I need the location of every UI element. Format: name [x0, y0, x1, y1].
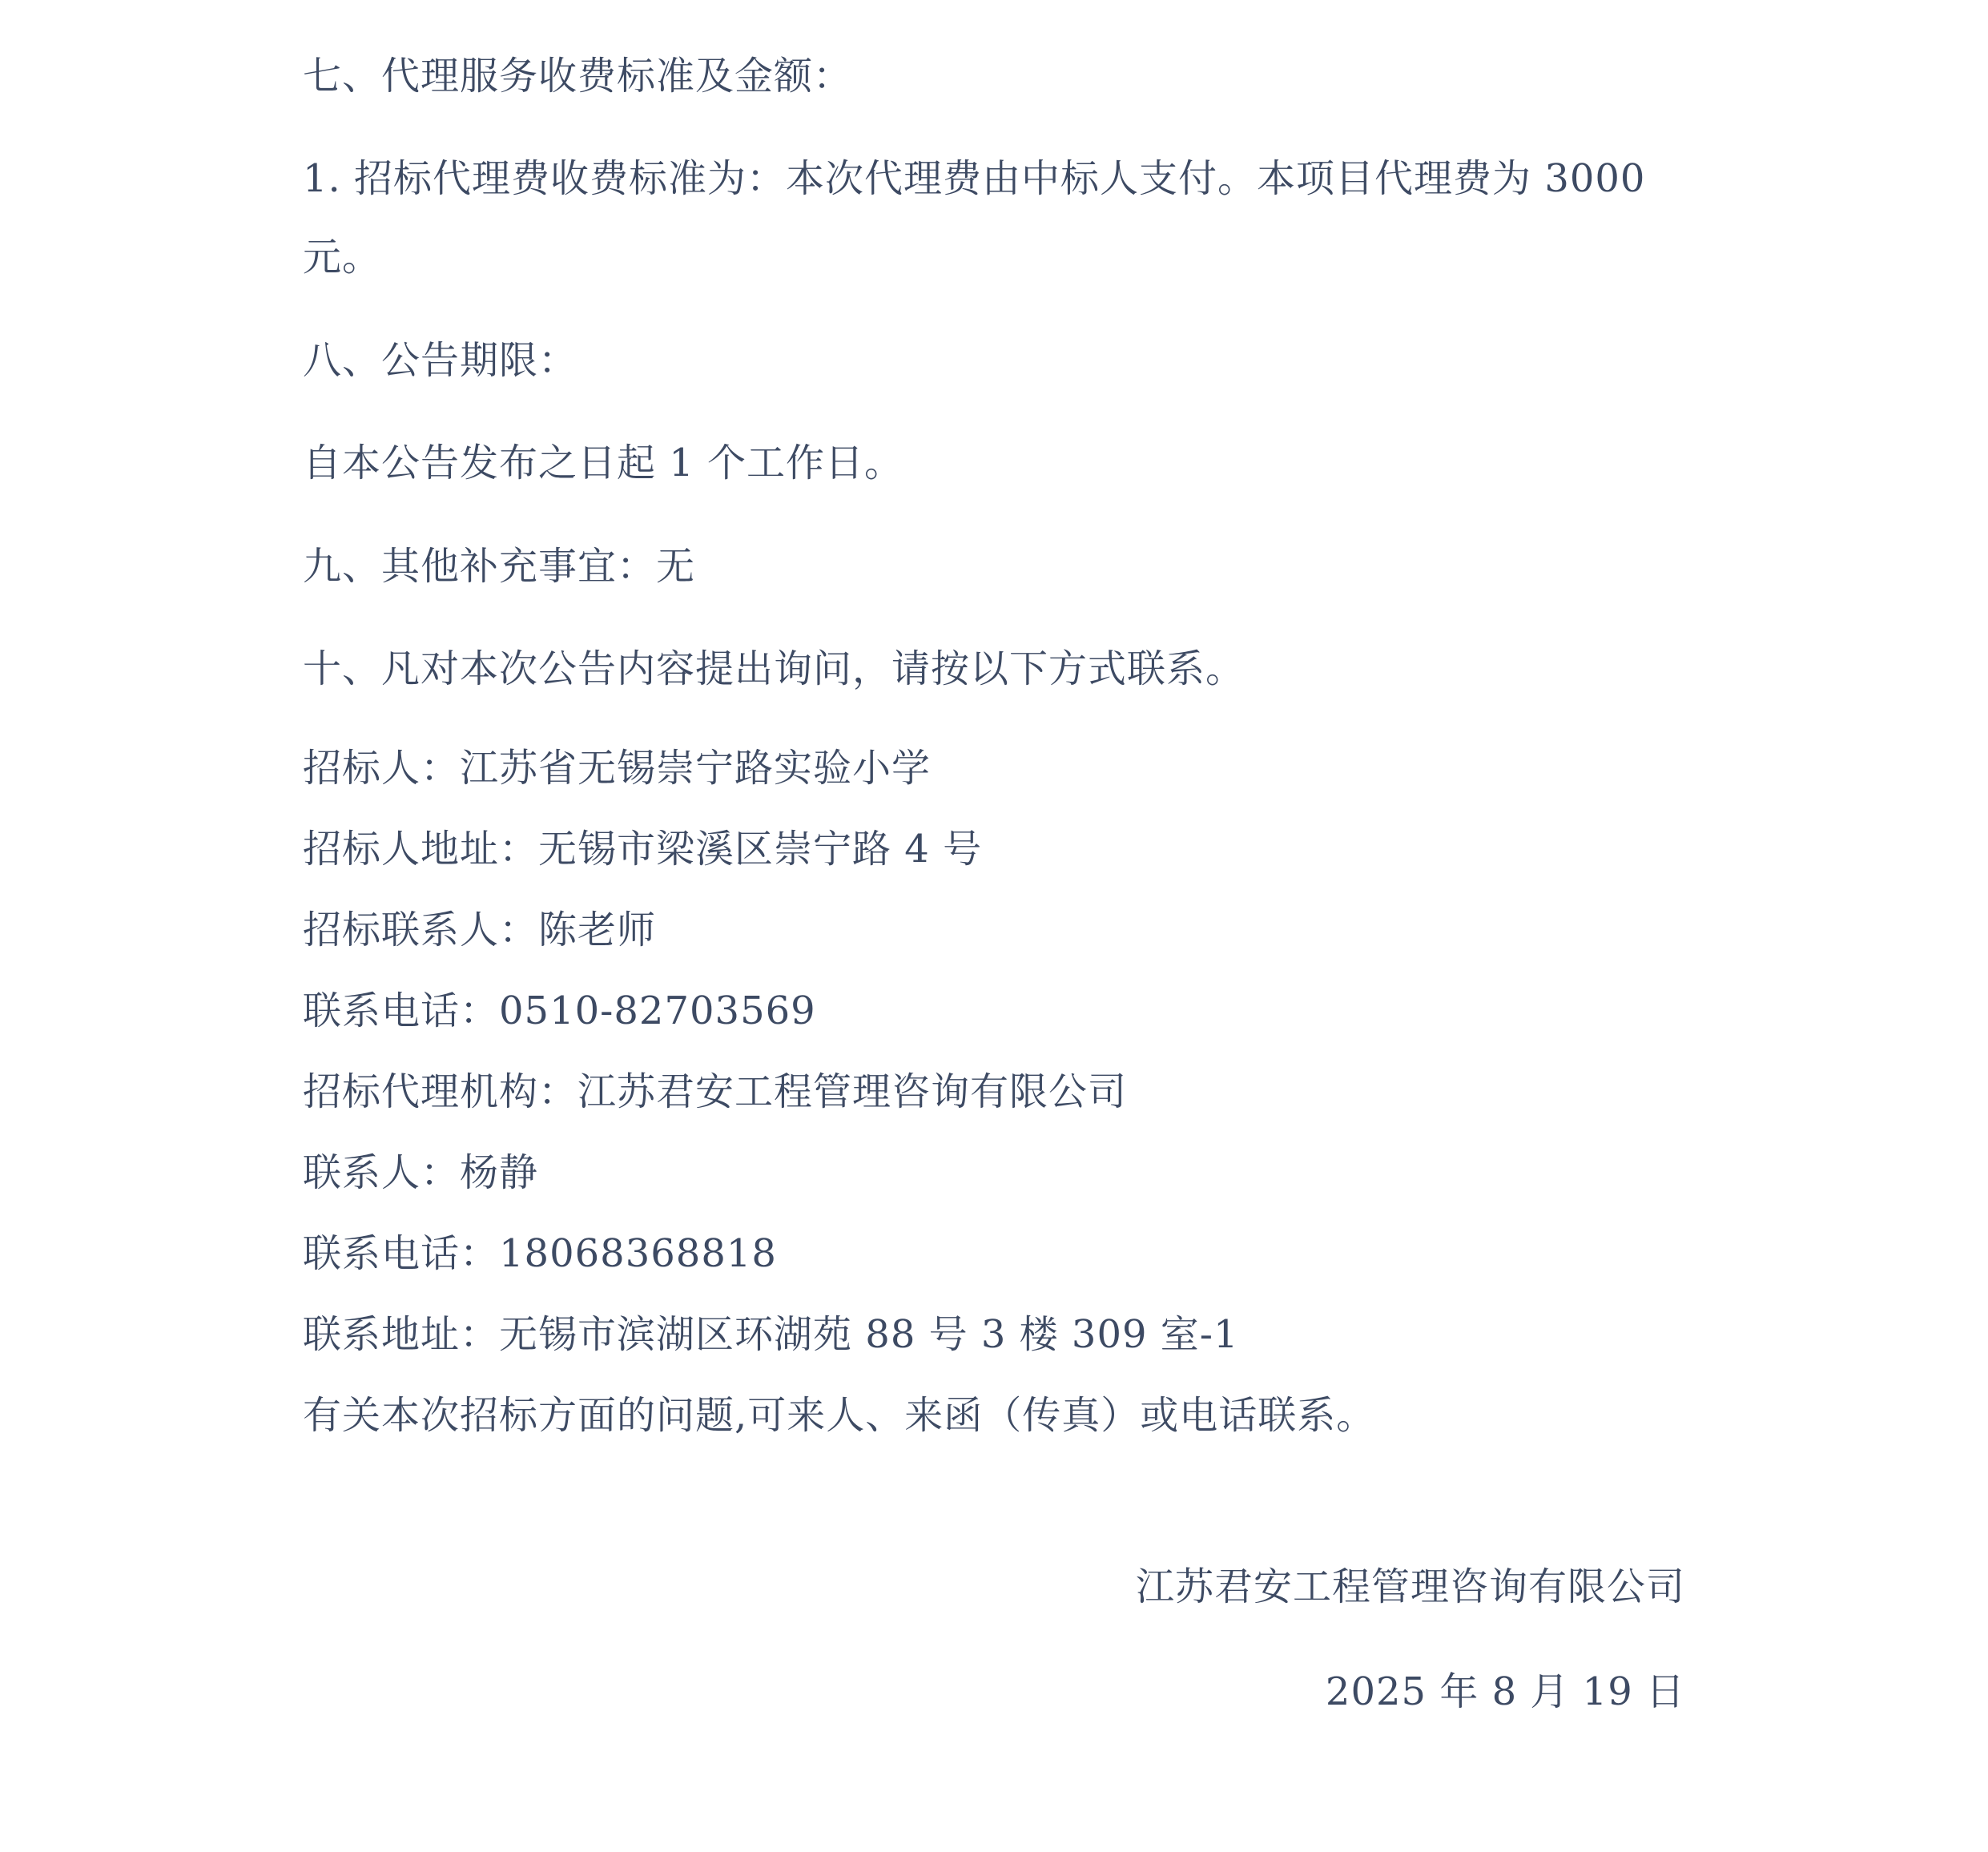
section-fee-heading: 七、代理服务收费标准及金额： [303, 52, 852, 100]
contact-value: 江苏君安工程管理咨询有限公司 [577, 1069, 1127, 1114]
contact-agency-person: 联系人：杨静 [303, 1149, 538, 1197]
document-page: 七、代理服务收费标准及金额： 1. 招标代理费收费标准为：本次代理费由中标人支付… [0, 0, 1988, 1852]
contact-agency-phone: 联系电话：18068368818 [303, 1230, 777, 1278]
contact-label: 招标联系人： [303, 908, 538, 952]
contact-value: 无锡市滨湖区环湖苑 88 号 3 楼 309 室-1 [499, 1312, 1239, 1357]
contact-agency: 招标代理机构：江苏君安工程管理咨询有限公司 [303, 1068, 1127, 1116]
contact-value: 江苏省无锡崇宁路实验小学 [460, 746, 931, 791]
contact-value: 杨静 [460, 1150, 538, 1195]
section-fee-item-1: 1. 招标代理费收费标准为：本次代理费由中标人支付。本项目代理费为 3000 [303, 155, 1645, 203]
contact-label: 招标代理机构： [303, 1069, 577, 1114]
section-period-text: 自本公告发布之日起 1 个工作日。 [303, 439, 903, 487]
contact-agency-address: 联系地址：无锡市滨湖区环湖苑 88 号 3 楼 309 室-1 [303, 1310, 1239, 1359]
section-period-heading: 八、公告期限： [303, 336, 577, 384]
contact-label: 联系地址： [303, 1312, 499, 1357]
section-contact-heading: 十、凡对本次公告内容提出询问，请按以下方式联系。 [303, 645, 1245, 693]
signature-company: 江苏君安工程管理咨询有限公司 [1136, 1563, 1685, 1611]
contact-label: 联系电话： [303, 1231, 499, 1276]
section-other-heading: 九、其他补充事宜：无 [303, 542, 695, 590]
contact-tenderer: 招标人：江苏省无锡崇宁路实验小学 [303, 744, 931, 792]
contact-value: 18068368818 [499, 1231, 777, 1276]
contact-label: 招标人： [303, 746, 460, 791]
closing-note: 有关本次招标方面的问题,可来人、来函（传真）或电话联系。 [303, 1391, 1375, 1439]
contact-label: 招标人地址： [303, 827, 538, 872]
contact-label: 联系人： [303, 1150, 460, 1195]
contact-tenderer-phone: 联系电话：0510-82703569 [303, 987, 816, 1035]
contact-value: 0510-82703569 [499, 988, 816, 1033]
contact-value: 无锡市梁溪区崇宁路 4 号 [538, 827, 982, 872]
contact-tenderer-address: 招标人地址：无锡市梁溪区崇宁路 4 号 [303, 825, 982, 873]
contact-value: 陈老师 [538, 908, 656, 952]
section-fee-item-1-continued: 元。 [303, 233, 381, 281]
contact-tenderer-person: 招标联系人：陈老师 [303, 906, 656, 954]
contact-label: 联系电话： [303, 988, 499, 1033]
signature-date: 2025 年 8 月 19 日 [1326, 1668, 1685, 1716]
